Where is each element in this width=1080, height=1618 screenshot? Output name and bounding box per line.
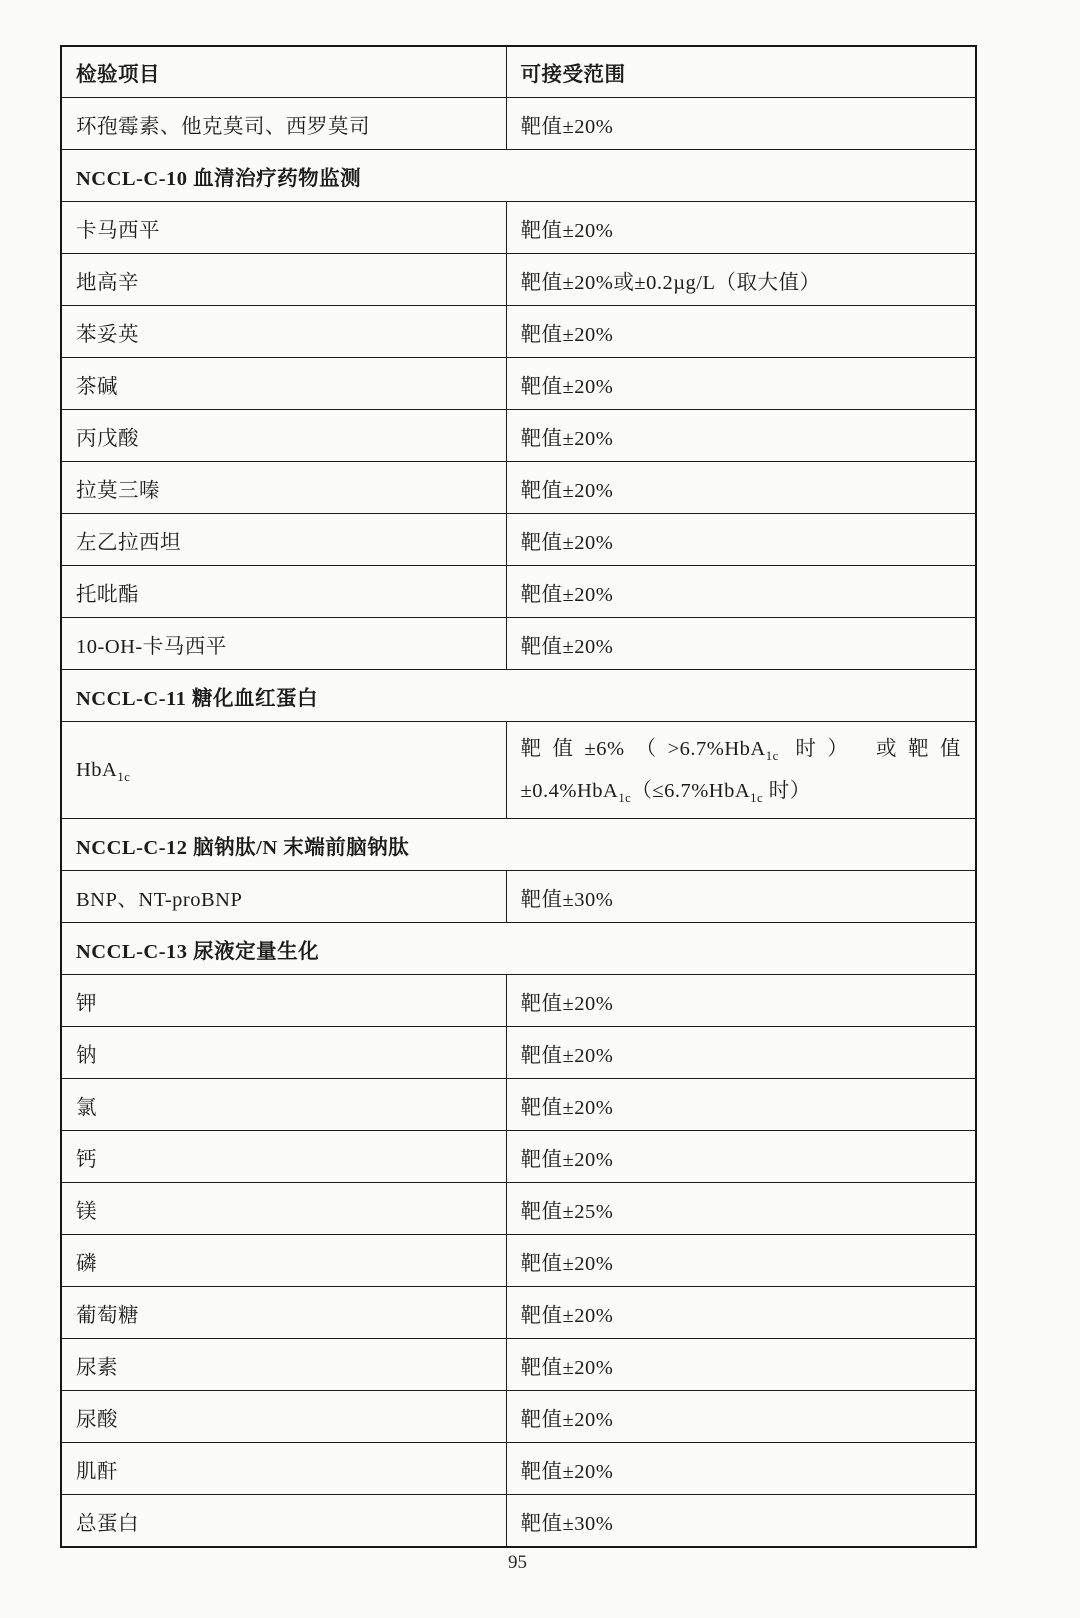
acceptable-range-table: 检验项目 可接受范围 环孢霉素、他克莫司、西罗莫司靶值±20%NCCL-C-10… <box>60 45 977 1548</box>
acceptable-range-cell: 靶值±20% <box>506 202 976 254</box>
test-item-cell: 肌酐 <box>61 1443 506 1495</box>
test-item-cell: 卡马西平 <box>61 202 506 254</box>
test-item-cell: 尿素 <box>61 1339 506 1391</box>
table-body: 环孢霉素、他克莫司、西罗莫司靶值±20%NCCL-C-10 血清治疗药物监测卡马… <box>61 98 976 1548</box>
column-header-test-item: 检验项目 <box>61 46 506 98</box>
acceptable-range-cell: 靶值±20% <box>506 1287 976 1339</box>
acceptable-range-cell: 靶值±20% <box>506 306 976 358</box>
table-row: 肌酐靶值±20% <box>61 1443 976 1495</box>
test-item-cell: 尿酸 <box>61 1391 506 1443</box>
test-item-cell: 丙戊酸 <box>61 410 506 462</box>
test-item-cell: 磷 <box>61 1235 506 1287</box>
table-row: 10-OH-卡马西平靶值±20% <box>61 618 976 670</box>
section-label: NCCL-C-13 尿液定量生化 <box>61 923 976 975</box>
section-label: NCCL-C-12 脑钠肽/N 末端前脑钠肽 <box>61 819 976 871</box>
test-item-cell: 总蛋白 <box>61 1495 506 1548</box>
acceptable-range-cell: 靶值±20% <box>506 566 976 618</box>
test-item-cell: 苯妥英 <box>61 306 506 358</box>
section-row: NCCL-C-10 血清治疗药物监测 <box>61 150 976 202</box>
test-item-cell: 镁 <box>61 1183 506 1235</box>
test-item-cell: 钠 <box>61 1027 506 1079</box>
table-header-row: 检验项目 可接受范围 <box>61 46 976 98</box>
section-row: NCCL-C-13 尿液定量生化 <box>61 923 976 975</box>
acceptable-range-cell: 靶值±20% <box>506 1079 976 1131</box>
test-item-cell: 左乙拉西坦 <box>61 514 506 566</box>
test-item-cell: 葡萄糖 <box>61 1287 506 1339</box>
test-item-cell: 环孢霉素、他克莫司、西罗莫司 <box>61 98 506 150</box>
acceptable-range-cell: 靶值±20%或±0.2µg/L（取大值） <box>506 254 976 306</box>
acceptable-range-cell: 靶值±20% <box>506 975 976 1027</box>
page-number: 95 <box>60 1552 975 1574</box>
acceptable-range-cell: 靶值±30% <box>506 1495 976 1548</box>
acceptable-range-cell: 靶值±20% <box>506 1235 976 1287</box>
acceptable-range-cell: 靶值±20% <box>506 1339 976 1391</box>
table-row: 钾靶值±20% <box>61 975 976 1027</box>
section-label: NCCL-C-10 血清治疗药物监测 <box>61 150 976 202</box>
table-row: 钙靶值±20% <box>61 1131 976 1183</box>
test-item-cell: 钙 <box>61 1131 506 1183</box>
acceptable-range-cell: 靶值±20% <box>506 98 976 150</box>
acceptable-range-cell: 靶值±20% <box>506 1131 976 1183</box>
table-row: 环孢霉素、他克莫司、西罗莫司靶值±20% <box>61 98 976 150</box>
acceptable-range-cell: 靶值±20% <box>506 410 976 462</box>
table-row: 镁靶值±25% <box>61 1183 976 1235</box>
table-row: 葡萄糖靶值±20% <box>61 1287 976 1339</box>
table-row: 尿素靶值±20% <box>61 1339 976 1391</box>
test-item-cell: 托吡酯 <box>61 566 506 618</box>
table-row: 托吡酯靶值±20% <box>61 566 976 618</box>
test-item-cell: 钾 <box>61 975 506 1027</box>
acceptable-range-cell: 靶值±25% <box>506 1183 976 1235</box>
test-item-cell: 10-OH-卡马西平 <box>61 618 506 670</box>
table-row: BNP、NT-proBNP靶值±30% <box>61 871 976 923</box>
test-item-cell: BNP、NT-proBNP <box>61 871 506 923</box>
table-row: 卡马西平靶值±20% <box>61 202 976 254</box>
table-row: 总蛋白靶值±30% <box>61 1495 976 1548</box>
table-row: 磷靶值±20% <box>61 1235 976 1287</box>
test-item-cell: 地高辛 <box>61 254 506 306</box>
table-row: 拉莫三嗪靶值±20% <box>61 462 976 514</box>
section-row: NCCL-C-12 脑钠肽/N 末端前脑钠肽 <box>61 819 976 871</box>
acceptable-range-cell: 靶值±20% <box>506 618 976 670</box>
table-row: HbA1c靶值±6%（>6.7%HbA1c 时） 或靶值±0.4%HbA1c（≤… <box>61 722 976 819</box>
acceptable-range-cell: 靶值±20% <box>506 1391 976 1443</box>
column-header-acceptable-range: 可接受范围 <box>506 46 976 98</box>
acceptable-range-cell: 靶值±20% <box>506 1027 976 1079</box>
section-row: NCCL-C-11 糖化血红蛋白 <box>61 670 976 722</box>
document-page: 检验项目 可接受范围 环孢霉素、他克莫司、西罗莫司靶值±20%NCCL-C-10… <box>0 0 1080 1618</box>
test-item-cell: 氯 <box>61 1079 506 1131</box>
table-row: 苯妥英靶值±20% <box>61 306 976 358</box>
table-row: 茶碱靶值±20% <box>61 358 976 410</box>
table-row: 钠靶值±20% <box>61 1027 976 1079</box>
test-item-cell: 拉莫三嗪 <box>61 462 506 514</box>
table-row: 氯靶值±20% <box>61 1079 976 1131</box>
acceptable-range-cell: 靶值±20% <box>506 1443 976 1495</box>
test-item-cell: HbA1c <box>61 722 506 819</box>
acceptable-range-cell: 靶值±20% <box>506 462 976 514</box>
table-row: 地高辛靶值±20%或±0.2µg/L（取大值） <box>61 254 976 306</box>
table-row: 丙戊酸靶值±20% <box>61 410 976 462</box>
acceptable-range-cell: 靶值±20% <box>506 514 976 566</box>
table-row: 左乙拉西坦靶值±20% <box>61 514 976 566</box>
acceptable-range-cell: 靶值±6%（>6.7%HbA1c 时） 或靶值±0.4%HbA1c（≤6.7%H… <box>506 722 976 819</box>
acceptable-range-cell: 靶值±20% <box>506 358 976 410</box>
table-row: 尿酸靶值±20% <box>61 1391 976 1443</box>
test-item-cell: 茶碱 <box>61 358 506 410</box>
section-label: NCCL-C-11 糖化血红蛋白 <box>61 670 976 722</box>
acceptable-range-cell: 靶值±30% <box>506 871 976 923</box>
